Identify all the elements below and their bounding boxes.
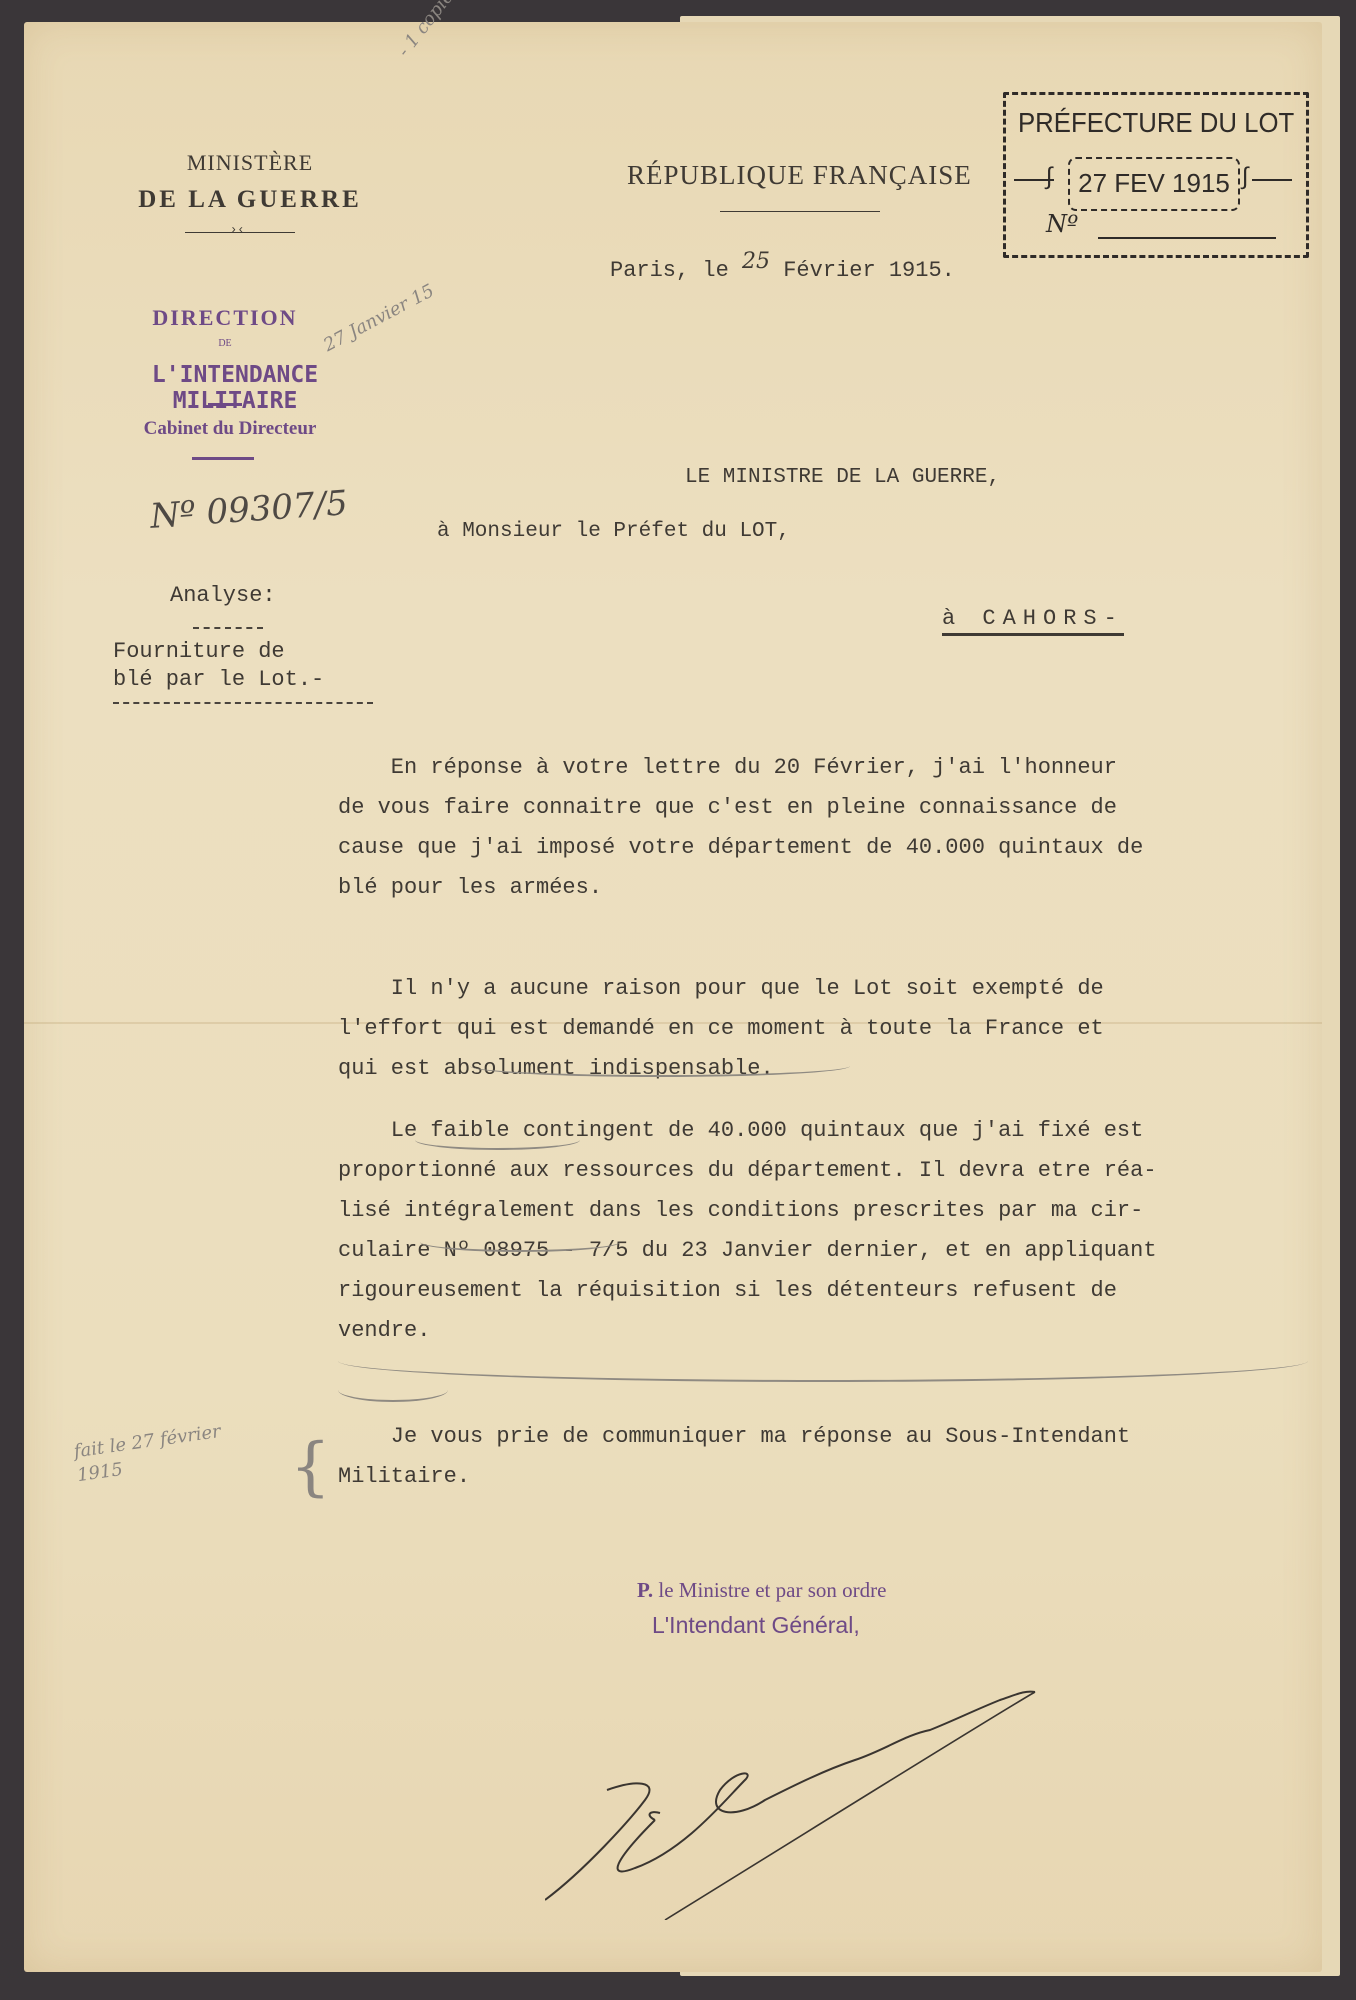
recipient-line: à Monsieur le Préfet du LOT,	[437, 520, 790, 543]
stamp-divider	[208, 403, 242, 406]
stamp-number-label: Nº	[1046, 210, 1078, 238]
stamp-date-box: 27 FEV 1915	[1068, 157, 1240, 211]
prefecture-reception-stamp: PRÉFECTURE DU LOT ∫ 27 FEV 1915 ∫ Nº	[1003, 92, 1309, 258]
signature-prefix: P.	[637, 1578, 653, 1602]
date-suffix: Février 1915.	[783, 258, 955, 283]
analyse-text: Fourniture de blé par le Lot.-	[113, 638, 324, 694]
analyse-rule	[193, 627, 263, 629]
direction-stamp-line3: L'INTENDANCE MILITAIRE	[85, 362, 385, 414]
scroll-ornament-icon: ∫	[1238, 165, 1252, 192]
pencil-underline	[420, 1232, 620, 1252]
pencil-underline	[338, 1340, 1308, 1382]
stamp-dash	[1252, 179, 1292, 181]
date-line: Paris, le 25 Février 1915.	[610, 257, 955, 283]
analyse-label: Analyse:	[170, 583, 276, 608]
analyse-rule	[113, 702, 373, 704]
pencil-brace: {	[290, 1430, 331, 1504]
pencil-underline	[470, 1055, 850, 1077]
body-paragraph-4: Je vous prie de communiquer ma réponse a…	[338, 1417, 1298, 1497]
date-prefix: Paris, le	[610, 258, 729, 283]
date-day: 25	[742, 249, 770, 274]
stamp-divider	[192, 457, 254, 460]
scroll-ornament-icon: ∫	[1042, 165, 1056, 192]
ornament-divider	[185, 232, 295, 233]
direction-stamp-line1: DIRECTION	[135, 305, 315, 331]
republic-rule	[720, 211, 880, 212]
ministry-line2: DE LA GUERRE	[110, 186, 390, 214]
pencil-underline	[415, 1130, 580, 1150]
pencil-underline	[338, 1378, 448, 1402]
ministry-line1: MINISTÈRE	[170, 150, 330, 176]
recipient-city: à CAHORS-	[942, 606, 1124, 636]
handwritten-signature	[545, 1620, 1125, 1920]
direction-stamp-line4: Cabinet du Directeur	[110, 418, 350, 440]
sender-line: LE MINISTRE DE LA GUERRE,	[685, 466, 1000, 489]
signature-line1-text: le Ministre et par son ordre	[658, 1578, 886, 1602]
body-paragraph-1: En réponse à votre lettre du 20 Février,…	[338, 748, 1298, 908]
republic-heading: RÉPUBLIQUE FRANÇAISE	[627, 160, 972, 191]
direction-stamp-line2: DE	[200, 338, 250, 349]
signature-line1: P. le Ministre et par son ordre	[637, 1578, 886, 1603]
stamp-title: PRÉFECTURE DU LOT	[1018, 107, 1294, 139]
stamp-number-line	[1098, 237, 1276, 239]
stamp-date: 27 FEV 1915	[1070, 168, 1238, 199]
